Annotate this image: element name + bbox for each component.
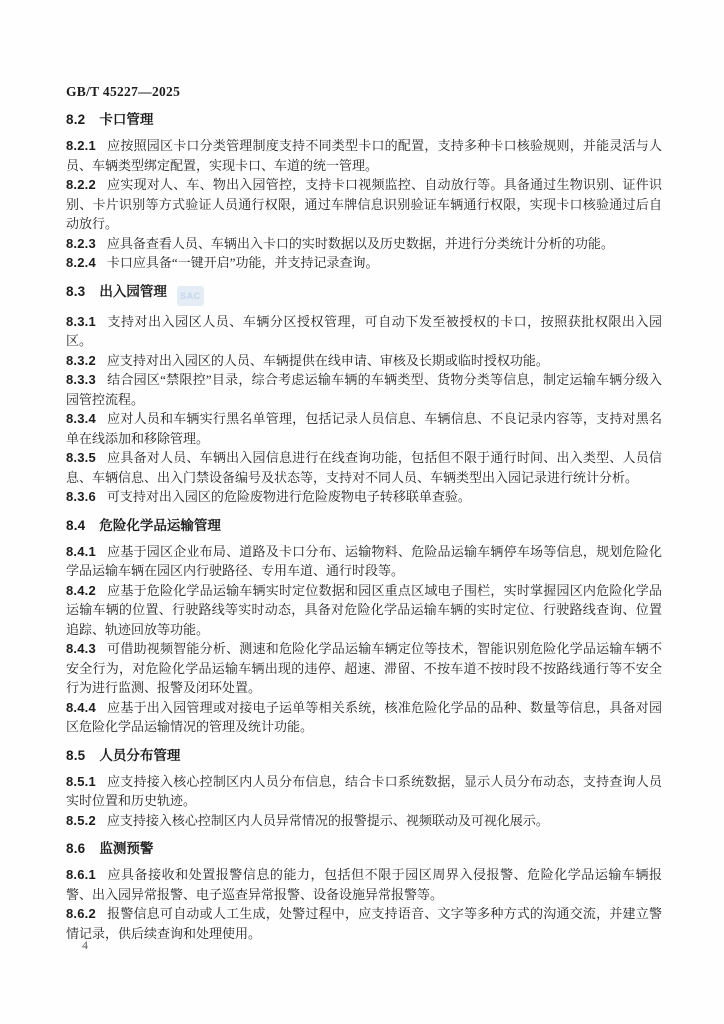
clause-number: 8.4.4 <box>66 700 96 715</box>
clause-8-6-1: 8.6.1应具备接收和处置报警信息的能力，包括但不限于园区周界入侵报警、危险化学… <box>66 865 662 904</box>
clause-number: 8.2.2 <box>66 177 96 192</box>
clause-number: 8.2.3 <box>66 236 96 251</box>
clause-text: 应按照园区卡口分类管理制度支持不同类型卡口的配置，支持多种卡口核验规则，并能灵活… <box>66 138 662 173</box>
watermark-stamp-icon: SAC <box>177 286 204 306</box>
clause-8-3-2: 8.3.2应支持对出入园区的人员、车辆提供在线申请、审核及长期或临时授权功能。 <box>66 351 662 371</box>
section-heading-8-4: 8.4危险化学品运输管理 <box>66 516 662 536</box>
clause-number: 8.2.1 <box>66 138 96 153</box>
clause-8-2-3: 8.2.3应具备查看人员、车辆出入卡口的实时数据以及历史数据，并进行分类统计分析… <box>66 234 662 254</box>
section-heading-8-6: 8.6监测预警 <box>66 839 662 859</box>
clause-number: 8.5.2 <box>66 813 96 828</box>
clause-text: 应基于危险化学品运输车辆实时定位数据和园区重点区域电子围栏，实时掌握园区内危险化… <box>66 583 662 637</box>
clause-number: 8.3.2 <box>66 353 96 368</box>
clause-8-2-2: 8.2.2应实现对人、车、物出入园管控，支持卡口视频监控、自动放行等。具备通过生… <box>66 175 662 234</box>
clause-text: 应基于园区企业布局、道路及卡口分布、运输物料、危险品运输车辆停车场等信息，规划危… <box>66 544 662 579</box>
section-title: 危险化学品运输管理 <box>99 518 221 533</box>
clause-text: 报警信息可自动或人工生成，处警过程中，应支持语音、文字等多种方式的沟通交流，并建… <box>66 906 662 941</box>
clause-number: 8.3.3 <box>66 372 96 387</box>
clause-text: 结合园区“禁限控”目录，综合考虑运输车辆的车辆类型、货物分类等信息，制定运输车辆… <box>66 372 662 407</box>
clause-text: 应具备查看人员、车辆出入卡口的实时数据以及历史数据，并进行分类统计分析的功能。 <box>107 236 614 251</box>
clause-text: 应对人员和车辆实行黑名单管理，包括记录人员信息、车辆信息、不良记录内容等，支持对… <box>66 411 662 446</box>
clause-number: 8.3.5 <box>66 450 96 465</box>
clause-8-2-1: 8.2.1应按照园区卡口分类管理制度支持不同类型卡口的配置，支持多种卡口核验规则… <box>66 136 662 175</box>
page-number: 4 <box>82 938 88 953</box>
clause-text: 应基于出入园管理或对接电子运单等相关系统，核准危险化学品的品种、数量等信息，具备… <box>66 700 662 735</box>
section-heading-8-2: 8.2卡口管理 <box>66 110 662 130</box>
clause-number: 8.2.4 <box>66 255 96 270</box>
clause-number: 8.5.1 <box>66 774 96 789</box>
clause-number: 8.6.1 <box>66 867 96 882</box>
clause-text: 卡口应具备“一键开启”功能，并支持记录查询。 <box>107 255 379 270</box>
clause-number: 8.3.1 <box>66 314 96 329</box>
clause-number: 8.3.6 <box>66 489 96 504</box>
clause-8-2-4: 8.2.4卡口应具备“一键开启”功能，并支持记录查询。 <box>66 253 662 273</box>
clause-text: 可支持对出入园区的危险废物进行危险废物电子转移联单查验。 <box>107 489 471 504</box>
clause-8-4-1: 8.4.1应基于园区企业布局、道路及卡口分布、运输物料、危险品运输车辆停车场等信… <box>66 542 662 581</box>
clause-number: 8.4.2 <box>66 583 96 598</box>
section-number: 8.6 <box>66 841 85 856</box>
section-number: 8.3 <box>66 284 85 299</box>
section-title: 卡口管理 <box>99 112 153 127</box>
clause-8-4-4: 8.4.4应基于出入园管理或对接电子运单等相关系统，核准危险化学品的品种、数量等… <box>66 698 662 737</box>
running-header: GB/T 45227—2025 <box>66 84 662 100</box>
section-number: 8.5 <box>66 748 85 763</box>
clause-text: 可借助视频智能分析、测速和危险化学品运输车辆定位等技术，智能识别危险化学品运输车… <box>66 641 662 695</box>
clause-8-3-1: 8.3.1支持对出入园区人员、车辆分区授权管理，可自动下发至被授权的卡口，按照获… <box>66 312 662 351</box>
document-page: GB/T 45227—2025 8.2卡口管理 8.2.1应按照园区卡口分类管理… <box>0 0 724 1024</box>
clause-8-6-2: 8.6.2报警信息可自动或人工生成，处警过程中，应支持语音、文字等多种方式的沟通… <box>66 904 662 943</box>
clause-8-3-4: 8.3.4应对人员和车辆实行黑名单管理，包括记录人员信息、车辆信息、不良记录内容… <box>66 409 662 448</box>
clause-number: 8.6.2 <box>66 906 96 921</box>
section-heading-8-3: 8.3出入园管理SAC <box>66 282 662 306</box>
clause-8-5-2: 8.5.2应支持接入核心控制区内人员异常情况的报警提示、视频联动及可视化展示。 <box>66 811 662 831</box>
clause-number: 8.4.1 <box>66 544 96 559</box>
clause-text: 应支持接入核心控制区内人员分布信息，结合卡口系统数据，显示人员分布动态，支持查询… <box>66 774 662 809</box>
clause-text: 应支持对出入园区的人员、车辆提供在线申请、审核及长期或临时授权功能。 <box>107 353 549 368</box>
section-title: 人员分布管理 <box>99 748 180 763</box>
clause-text: 支持对出入园区人员、车辆分区授权管理，可自动下发至被授权的卡口，按照获批权限出入… <box>66 314 662 349</box>
clause-text: 应具备对人员、车辆出入园信息进行在线查询功能，包括但不限于通行时间、出入类型、人… <box>66 450 662 485</box>
section-heading-8-5: 8.5人员分布管理 <box>66 746 662 766</box>
clause-8-5-1: 8.5.1应支持接入核心控制区内人员分布信息，结合卡口系统数据，显示人员分布动态… <box>66 772 662 811</box>
clause-text: 应支持接入核心控制区内人员异常情况的报警提示、视频联动及可视化展示。 <box>107 813 549 828</box>
section-number: 8.4 <box>66 518 85 533</box>
clause-number: 8.3.4 <box>66 411 96 426</box>
clause-8-4-3: 8.4.3可借助视频智能分析、测速和危险化学品运输车辆定位等技术，智能识别危险化… <box>66 639 662 698</box>
clause-8-4-2: 8.4.2应基于危险化学品运输车辆实时定位数据和园区重点区域电子围栏，实时掌握园… <box>66 581 662 640</box>
page-content: GB/T 45227—2025 8.2卡口管理 8.2.1应按照园区卡口分类管理… <box>66 84 662 943</box>
clause-text: 应实现对人、车、物出入园管控，支持卡口视频监控、自动放行等。具备通过生物识别、证… <box>66 177 662 231</box>
section-title: 出入园管理 <box>99 284 167 299</box>
section-title: 监测预警 <box>99 841 153 856</box>
clause-8-3-6: 8.3.6可支持对出入园区的危险废物进行危险废物电子转移联单查验。 <box>66 487 662 507</box>
clause-8-3-5: 8.3.5应具备对人员、车辆出入园信息进行在线查询功能，包括但不限于通行时间、出… <box>66 448 662 487</box>
clause-text: 应具备接收和处置报警信息的能力，包括但不限于园区周界入侵报警、危险化学品运输车辆… <box>66 867 662 902</box>
section-number: 8.2 <box>66 112 85 127</box>
clause-8-3-3: 8.3.3结合园区“禁限控”目录，综合考虑运输车辆的车辆类型、货物分类等信息，制… <box>66 370 662 409</box>
clause-number: 8.4.3 <box>66 641 96 656</box>
